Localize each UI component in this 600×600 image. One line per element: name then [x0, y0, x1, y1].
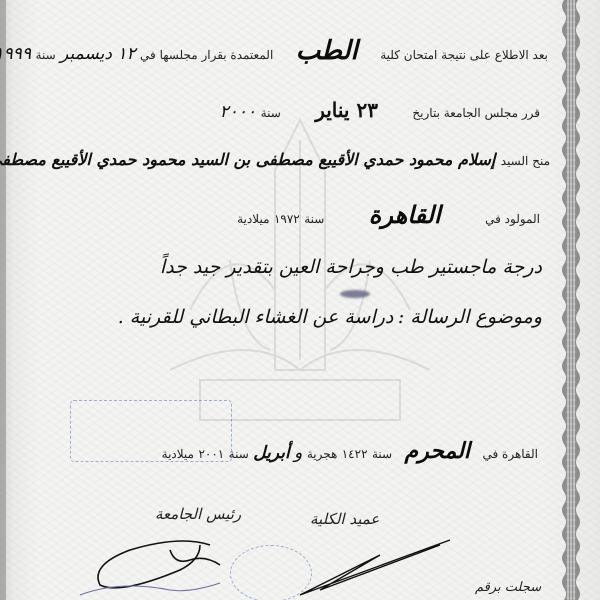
calendar-label: ميلادية [237, 212, 269, 226]
line-recipient-name: منح السيد إسلام محمود حمدي الأقيبع مصطفى… [0, 150, 550, 170]
council-decision-text: المعتمدة بقرار مجلسها في [140, 48, 273, 62]
thesis-title: دراسة عن الغشاء البطاني للقرنية . [118, 306, 394, 328]
decision-date: ١٢ ديسمبر [60, 44, 135, 64]
line-degree: درجة ماجستير طب وجراحة العين بتقدير جيد … [160, 256, 542, 278]
faded-stamp [70, 400, 232, 462]
degree-text: درجة ماجستير طب وجراحة العين بتقدير جيد … [160, 256, 542, 278]
gregorian-month: أبريل [253, 443, 289, 463]
hijri-month: المحرم [405, 438, 471, 464]
registry-label: سجلت برقم [475, 580, 541, 595]
line-thesis: وموضوع الرسالة : دراسة عن الغشاء البطاني… [118, 306, 542, 328]
hijri-year: ١٤٢٢ [342, 447, 368, 461]
council-prefix: قرر مجلس الجامعة بتاريخ [412, 106, 540, 120]
recipient-name: إسلام محمود حمدي الأقيبع مصطفى بن السيد … [0, 150, 495, 169]
year-label: سنة [261, 106, 281, 120]
scan-edge-shadow [0, 0, 6, 600]
line-exam-result: بعد الاطلاع على نتيجة امتحان كلية الطب ا… [0, 36, 548, 66]
born-label: المولود في [485, 212, 540, 226]
birth-year: ١٩٧٢ [274, 212, 300, 226]
thesis-label: وموضوع الرسالة : [398, 306, 542, 328]
council-year: ٢٠٠٠ [220, 102, 257, 122]
and-connector: و [294, 443, 302, 463]
year-label: سنة [372, 447, 392, 461]
birthplace: القاهرة [369, 200, 441, 229]
grant-prefix: منح السيد [501, 154, 550, 168]
dean-signature [280, 530, 460, 600]
dean-label: عميد الكلية [310, 510, 379, 528]
council-date: ٢٣ يناير [315, 98, 378, 122]
issue-place: القاهرة في [482, 447, 538, 461]
decorative-border [560, 0, 582, 600]
ink-smudge [340, 290, 370, 298]
decision-year: ١٩٩٩ [0, 44, 31, 64]
line-birth-info: المولود في القاهرة سنة ١٩٧٢ ميلادية [237, 200, 540, 229]
year-label: سنة [304, 212, 324, 226]
faculty-name: الطب [296, 36, 358, 66]
year-label: سنة [36, 48, 56, 62]
hijri-label: هجرية [307, 447, 337, 461]
exam-result-prefix: بعد الاطلاع على نتيجة امتحان كلية [380, 48, 548, 62]
president-label: رئيس الجامعة [155, 505, 241, 523]
line-university-council: قرر مجلس الجامعة بتاريخ ٢٣ يناير سنة ٢٠٠… [220, 98, 540, 122]
president-signature [60, 525, 240, 600]
